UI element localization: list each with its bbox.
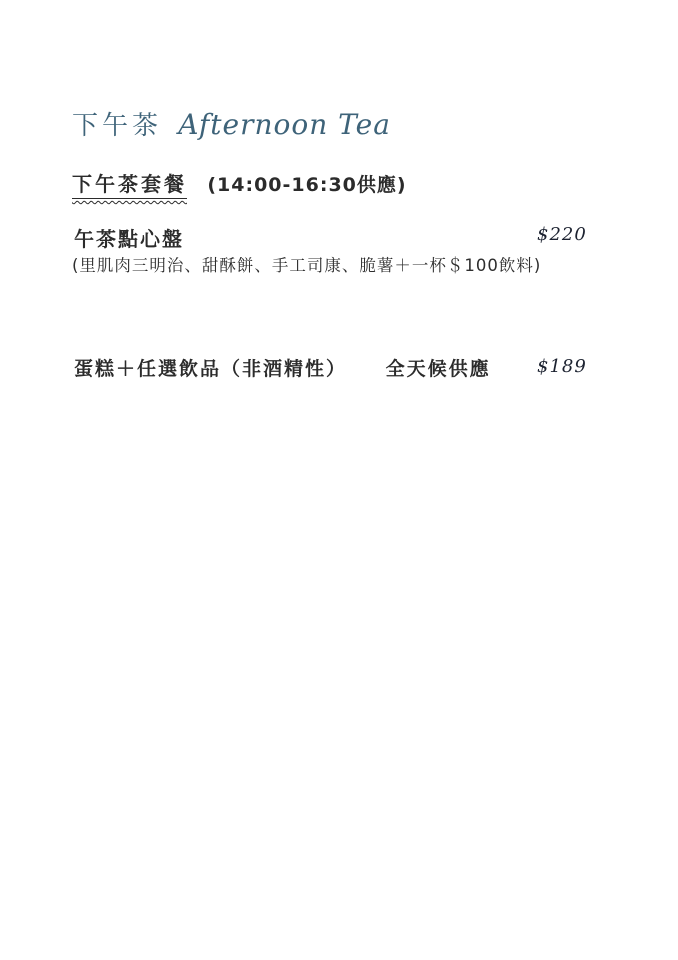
section-availability: (14:00-16:30供應) (207, 174, 406, 196)
section-heading-row: 下午茶套餐 (14:00-16:30供應) (72, 168, 407, 199)
menu-page: 下午茶 Afternoon Tea 下午茶套餐 (14:00-16:30供應) … (0, 0, 678, 960)
menu-item-name: 蛋糕＋任選飲品（非酒精性） (74, 358, 347, 380)
section-heading: 下午茶套餐 (72, 168, 187, 199)
page-title-chinese: 下午茶 (72, 111, 162, 141)
menu-item-price: $189 (537, 356, 587, 377)
page-title-english: Afternoon Tea (178, 108, 391, 141)
menu-item-description: (里肌肉三明治、甜酥餅、手工司康、脆薯＋一杯＄100飲料) (72, 252, 541, 276)
menu-item-price: $220 (537, 224, 587, 245)
page-title: 下午茶 Afternoon Tea (72, 104, 391, 142)
menu-item-name: 午茶點心盤 (74, 223, 184, 252)
menu-item-row: 蛋糕＋任選飲品（非酒精性） 全天候供應 (74, 354, 491, 381)
menu-item-note: 全天候供應 (386, 358, 491, 380)
